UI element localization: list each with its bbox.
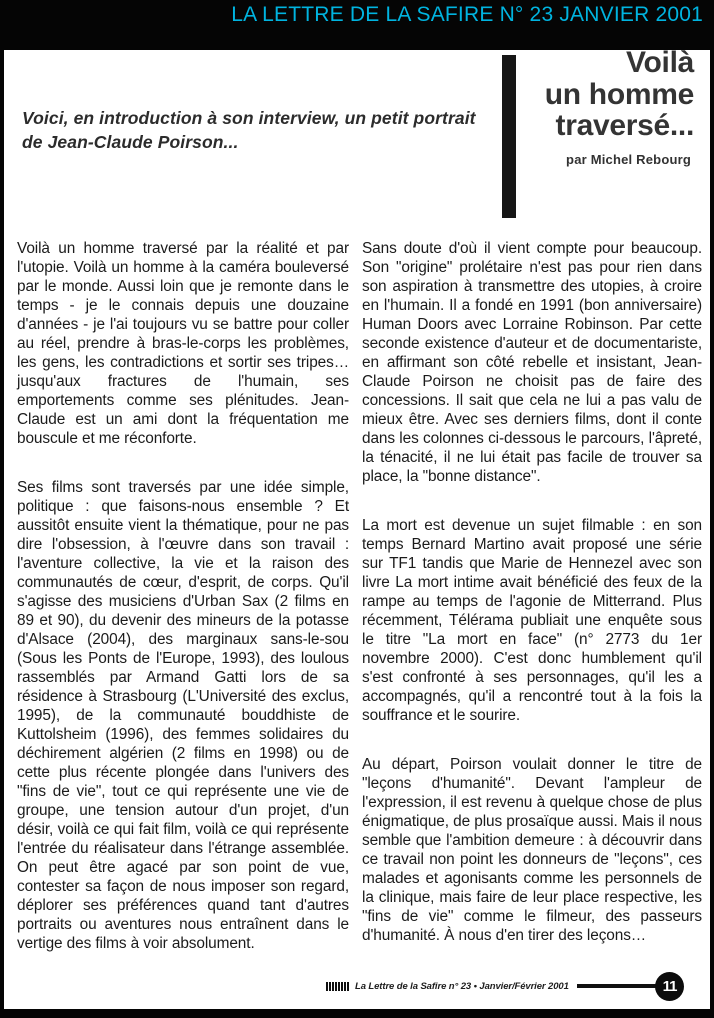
masthead-title: LA LETTRE DE LA SAFIRE N° 23 JANVIER 200… (231, 3, 703, 27)
page-footer: La Lettre de la Safire n° 23 • Janvier/F… (326, 970, 684, 1002)
paragraph: Au départ, Poirson voulait donner le tit… (362, 755, 702, 945)
paragraph: Sans doute d'où il vient compte pour bea… (362, 239, 702, 486)
page-number-badge: 11 (655, 972, 684, 1001)
article-title-line-2: un homme (364, 79, 694, 111)
left-column: Voilà un homme traversé par la réalité e… (17, 239, 349, 953)
scanned-newsletter-page: { "colors": { "masthead_accent": "#00B4E… (0, 0, 714, 1018)
right-column: Sans doute d'où il vient compte pour bea… (362, 239, 702, 945)
footer-stripe-mark (326, 982, 349, 991)
footer-issue-label: La Lettre de la Safire n° 23 • Janvier/F… (355, 981, 569, 992)
page-number: 11 (663, 978, 677, 995)
page-sheet: Voici, en introduction à son interview, … (4, 50, 710, 1009)
paragraph: Ses films sont traversés par une idée si… (17, 478, 349, 953)
article-title-line-1: Voilà (364, 47, 694, 79)
paragraph: Voilà un homme traversé par la réalité e… (17, 239, 349, 448)
footer-rule (577, 984, 659, 988)
article-title: Voilà un homme traversé... (364, 47, 694, 142)
paragraph: La mort est devenue un sujet filmable : … (362, 516, 702, 725)
byline: par Michel Rebourg (391, 152, 691, 167)
article-title-line-3: traversé... (364, 110, 694, 142)
masthead-band: LA LETTRE DE LA SAFIRE N° 23 JANVIER 200… (0, 0, 714, 50)
